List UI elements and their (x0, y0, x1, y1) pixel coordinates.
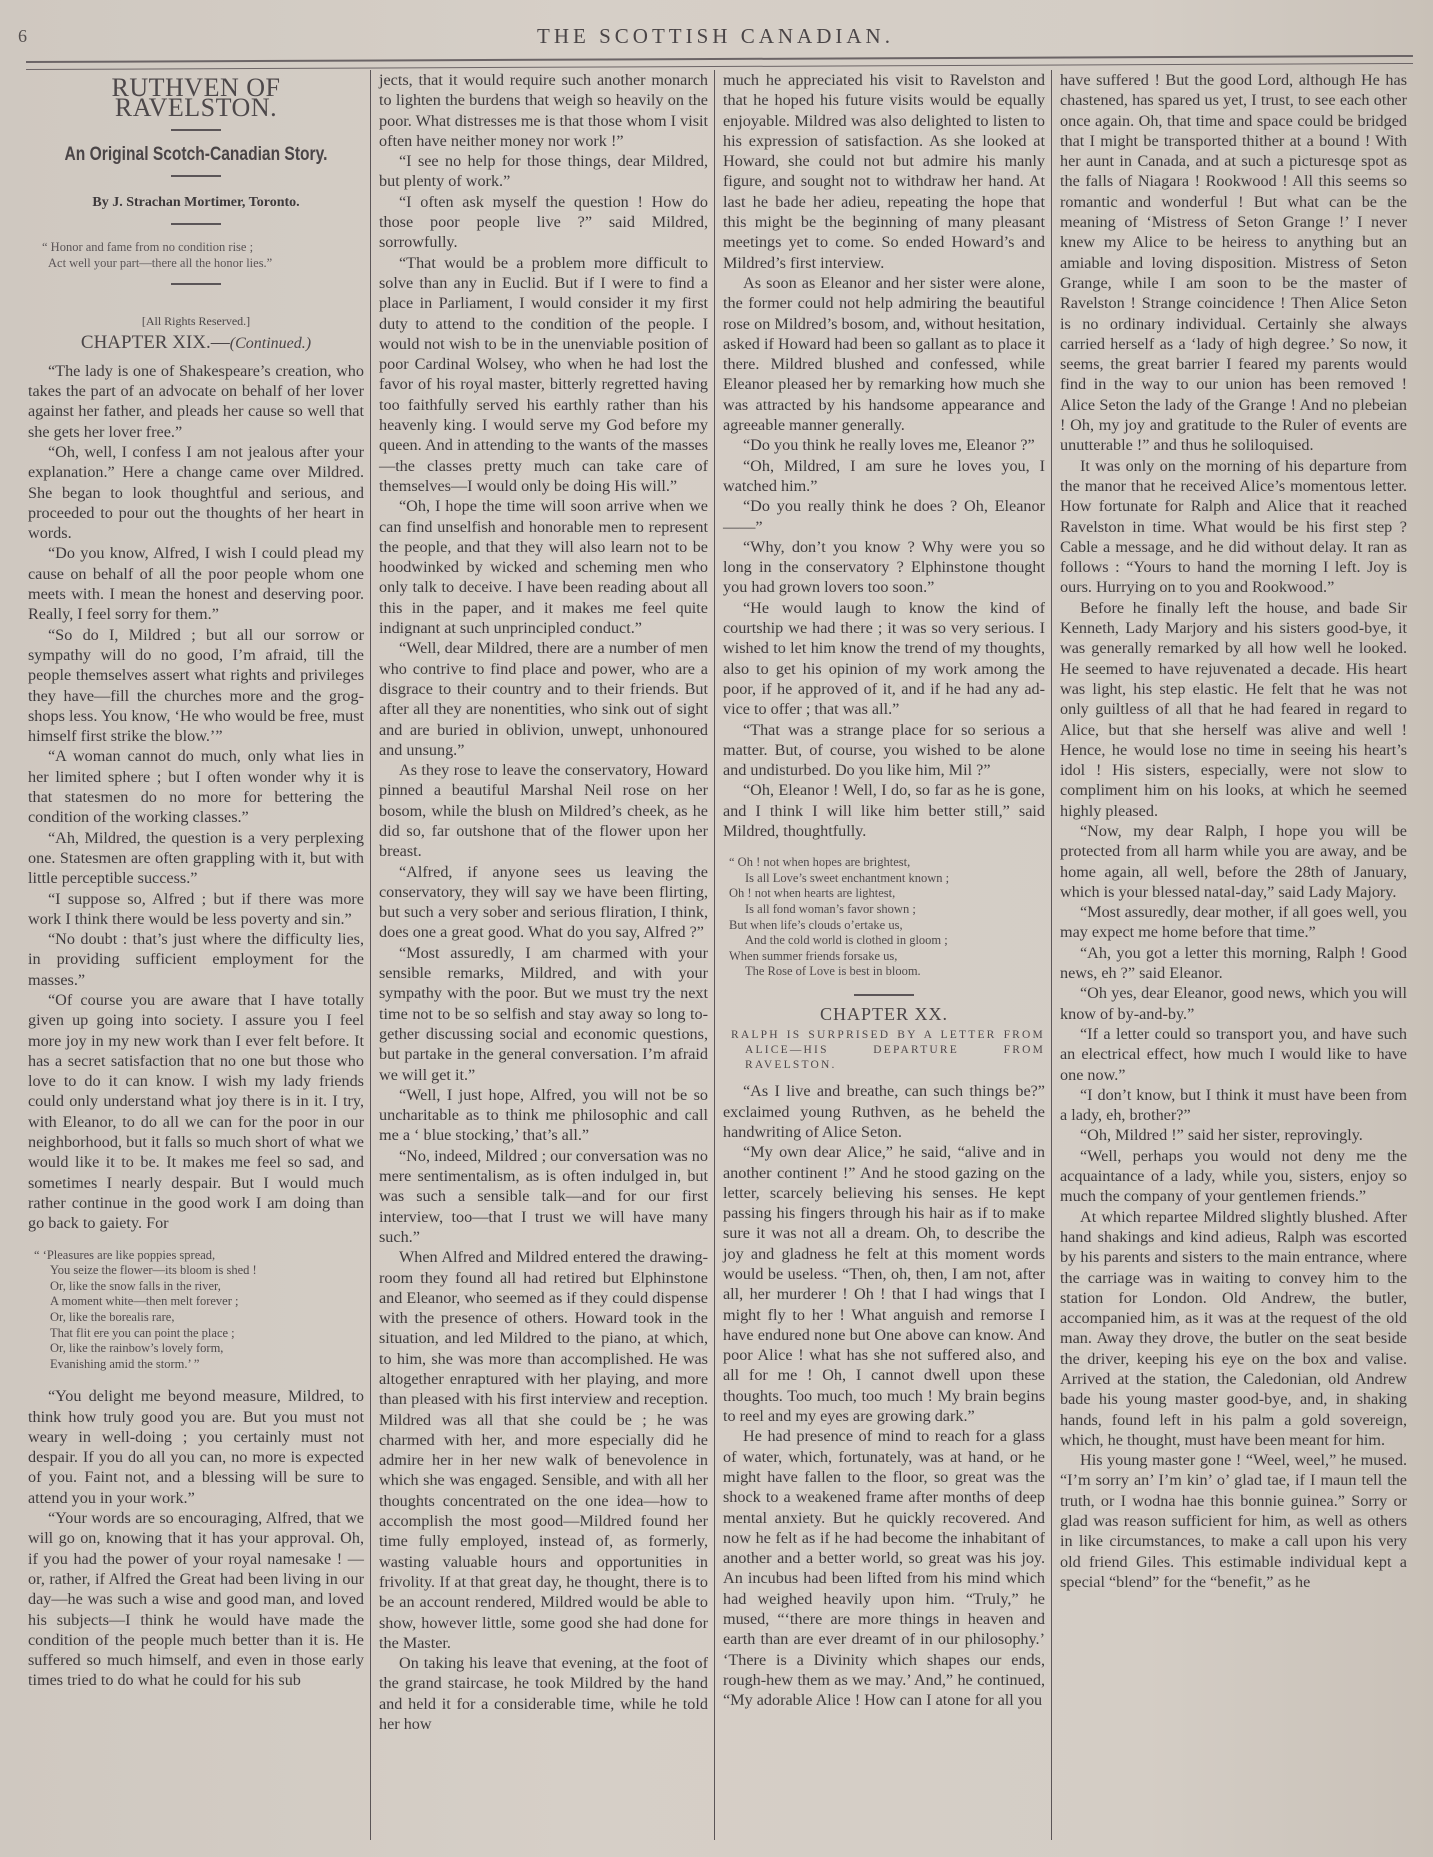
paragraph: “Do you know, Alfred, I wish I could ple… (28, 543, 364, 624)
paragraph: At which repartee Mildred slightly blush… (1060, 1207, 1407, 1451)
story-title: RUTHVEN OF RAVELSTON. (28, 78, 364, 119)
masthead: 6 THE SCOTTISH CANADIAN. (18, 20, 1413, 62)
paragraph: On taking his leave that evening, at the… (379, 1653, 708, 1734)
paragraph: “Now, my dear Ralph, I hope you will be … (1060, 821, 1407, 902)
paragraph: Before he finally left the house, and ba… (1060, 598, 1407, 821)
poem-line: But when life’s clouds o’ertake us, (729, 918, 1045, 934)
paragraph: “Do you think he really loves me, Eleano… (723, 435, 1045, 455)
masthead-rule (26, 55, 1413, 70)
motto: “ Honor and fame from no condition rise … (28, 239, 364, 271)
paragraph: “My own dear Alice,” he said, “alive and… (723, 1142, 1045, 1426)
poem-line: You seize the flower—its bloom is shed ! (34, 1263, 364, 1279)
paragraph: “The lady is one of Shakespeare’s creati… (28, 361, 364, 442)
column-3-text: much he appreciated his visit to Ravel­s… (723, 70, 1045, 841)
divider (171, 223, 221, 225)
paragraph: “If a letter could so transport you, and… (1060, 1024, 1407, 1085)
paragraph: “He would laugh to know the kind of cour… (723, 598, 1045, 720)
divider (171, 175, 221, 177)
rights-notice: [All Rights Reserved.] (28, 311, 364, 331)
poem-line: Or, like the borealis rare, (34, 1310, 364, 1326)
paragraph: “I often ask myself the question ! How d… (379, 192, 708, 253)
column-1-text-continued: “You delight me beyond measure, Mildred,… (28, 1386, 364, 1690)
paragraph: “So do I, Mildred ; but all our sorrow o… (28, 625, 364, 747)
paragraph: “Oh yes, dear Eleanor, good news, which … (1060, 983, 1407, 1024)
paragraph: “Well, perhaps you would not deny me the… (1060, 1146, 1407, 1207)
column-3-text-continued: “As I live and breathe, can such things … (723, 1081, 1045, 1710)
paragraph: “That was a strange place for so serious… (723, 720, 1045, 781)
paragraph: “Oh, Eleanor ! Well, I do, so far as he … (723, 780, 1045, 841)
byline: By J. Strachan Mortimer, Toronto. (28, 193, 364, 213)
paragraph: “I don’t know, but I think it must have … (1060, 1085, 1407, 1126)
poem-line: That flit ere you can point the place ; (34, 1326, 364, 1342)
paragraph: jects, that it would require such anothe… (379, 70, 708, 151)
paragraph: “Ah, you got a letter this morning, Ralp… (1060, 943, 1407, 984)
chapter-heading: CHAPTER XIX.—(Continued.) (28, 333, 364, 354)
paragraph: “Why, don’t you know ? Why were you so l… (723, 537, 1045, 598)
poem-line: Is all Love’s sweet enchantment known ; (729, 871, 1045, 887)
paragraph: “As I live and breathe, can such things … (723, 1081, 1045, 1142)
paragraph: As soon as Eleanor and her sister were a… (723, 273, 1045, 435)
chapter-heading: CHAPTER XX. (723, 1004, 1045, 1024)
poem: “ Oh ! not when hopes are brightest,Is a… (729, 855, 1045, 980)
paragraph: “Well, I just hope, Alfred, you will not… (379, 1085, 708, 1146)
chapter-continued: (Continued.) (230, 335, 311, 352)
poem-line: Is all fond woman’s favor shown ; (729, 902, 1045, 918)
column-1: RUTHVEN OF RAVELSTON. An Original Scotch… (26, 70, 370, 1840)
story-subtitle: An Original Scotch-Canadian Story. (58, 145, 334, 165)
divider (171, 129, 221, 131)
chapter-number: CHAPTER XIX.— (81, 332, 230, 353)
paragraph: His young master gone ! “Weel, weel,” he… (1060, 1450, 1407, 1592)
column-3: much he appreciated his visit to Ravel­s… (714, 70, 1051, 1840)
motto-line: “ Honor and fame from no condition rise … (42, 239, 364, 255)
paragraph: “Do you really think he does ? Oh, Elean… (723, 496, 1045, 537)
paragraph: “I suppose so, Alfred ; but if there was… (28, 889, 364, 930)
paragraph: much he appreciated his visit to Ravel­s… (723, 70, 1045, 273)
paragraph: “I see no help for those things, dear Mi… (379, 151, 708, 192)
article-columns: RUTHVEN OF RAVELSTON. An Original Scotch… (26, 70, 1413, 1840)
paragraph: “A woman cannot do much, only what lies … (28, 746, 364, 827)
paragraph: “That would be a problem more difficult … (379, 253, 708, 497)
motto-line: Act well your part—there all the honor l… (42, 255, 364, 271)
poem-line: And the cold world is clothed in gloom ; (729, 933, 1045, 949)
chapter-summary: Ralph is surprised by a letter from Alic… (723, 1028, 1045, 1073)
poem: “ ‘Pleasures are like poppies spread,You… (34, 1248, 364, 1373)
newspaper-title: THE SCOTTISH CANADIAN. (18, 24, 1413, 49)
column-4-text: have suffered ! But the good Lord, al­th… (1060, 70, 1407, 1592)
paragraph: “No, indeed, Mildred ; our conversa­tion… (379, 1146, 708, 1247)
paragraph: It was only on the morning of his de­par… (1060, 456, 1407, 598)
paragraph: When Alfred and Mildred entered the draw… (379, 1247, 708, 1653)
paragraph: “You delight me beyond measure, Mildred,… (28, 1386, 364, 1508)
poem-line: A moment white—then melt forever ; (34, 1294, 364, 1310)
poem-line: When summer friends forsake us, (729, 949, 1045, 965)
paragraph: “Oh, well, I confess I am not jealous af… (28, 442, 364, 543)
paragraph: “No doubt : that’s just where the diffic… (28, 929, 364, 990)
poem-line: The Rose of Love is best in bloom. (729, 964, 1045, 980)
column-1-text: “The lady is one of Shakespeare’s creati… (28, 361, 364, 1234)
poem-line: “ ‘Pleasures are like poppies spread, (34, 1248, 364, 1264)
poem-line: Evanishing amid the storm.’ ” (34, 1357, 364, 1373)
paragraph: “Oh, Mildred, I am sure he loves you, I … (723, 456, 1045, 497)
paragraph: “Of course you are aware that I have tot… (28, 990, 364, 1234)
divider (854, 994, 914, 996)
paragraph: He had presence of mind to reach for a g… (723, 1426, 1045, 1710)
paragraph: “Most assuredly, I am charmed with your … (379, 943, 708, 1085)
paragraph: “Your words are so encouraging, Alfred, … (28, 1508, 364, 1691)
divider (171, 283, 221, 285)
column-2: jects, that it would require such anothe… (370, 70, 714, 1840)
newspaper-page: 6 THE SCOTTISH CANADIAN. RUTHVEN OF RAVE… (18, 20, 1413, 1840)
paragraph: “Ah, Mildred, the question is a very per… (28, 828, 364, 889)
column-2-text: jects, that it would require such anothe… (379, 70, 708, 1734)
paragraph: As they rose to leave the conserva­tory,… (379, 760, 708, 861)
column-4: have suffered ! But the good Lord, al­th… (1051, 70, 1413, 1840)
paragraph: “Most assuredly, dear mother, if all goe… (1060, 902, 1407, 943)
paragraph: “Oh, I hope the time will soon arrive wh… (379, 496, 708, 638)
paragraph: “Well, dear Mildred, there are a number … (379, 638, 708, 760)
poem-line: “ Oh ! not when hopes are brightest, (729, 855, 1045, 871)
paragraph: “Oh, Mildred !” said her sister, re­prov… (1060, 1125, 1407, 1145)
poem-line: Or, like the rainbow’s lovely form, (34, 1341, 364, 1357)
paragraph: “Alfred, if anyone sees us leaving the c… (379, 862, 708, 943)
poem-line: Or, like the snow falls in the river, (34, 1279, 364, 1295)
paragraph: have suffered ! But the good Lord, al­th… (1060, 70, 1407, 456)
poem-line: Oh ! not when hearts are lightest, (729, 886, 1045, 902)
